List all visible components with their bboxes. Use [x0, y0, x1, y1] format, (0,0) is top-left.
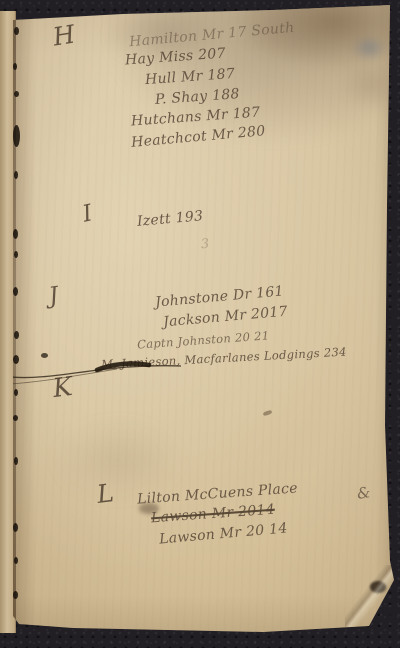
photo-background: H Hamilton Mr 17 South Hay Miss 207 Hull… [0, 0, 400, 648]
index-entry: Captn Johnston 20 21 [137, 328, 270, 351]
page-corner-fold [345, 565, 395, 627]
stain-right-edge [341, 57, 400, 111]
index-letter-h: H [51, 19, 77, 51]
binding-seam [13, 5, 16, 639]
binding-spot [13, 523, 18, 532]
faint-quote-mark [263, 410, 273, 417]
binding-spot [14, 331, 19, 339]
binding-spot [14, 27, 19, 35]
index-letter-i: I [80, 200, 94, 227]
binding-spot [14, 91, 19, 97]
index-letter-l: L [95, 478, 115, 509]
index-entry: Lawson Mr 20 14 [159, 520, 289, 547]
index-entry: Hull Mr 187 [145, 66, 236, 88]
stain-mid-faint [53, 420, 183, 500]
index-entry: Izett 193 [136, 208, 203, 230]
binding-spot [14, 251, 18, 258]
stain-blue-spot [351, 35, 387, 61]
binding-spot [14, 457, 18, 465]
faint-number-mark: 3 [200, 237, 210, 253]
binding-spot [14, 389, 18, 396]
binding-spot [13, 125, 20, 147]
binding-spot [13, 287, 18, 296]
index-letter-j: J [47, 282, 60, 309]
binding-spot [13, 415, 18, 421]
ink-smear-stroke [9, 351, 194, 387]
binding-spot [14, 171, 18, 179]
margin-flourish-mark: & [356, 483, 372, 503]
binding-spot [14, 557, 18, 564]
binding-spot [13, 63, 17, 70]
binding-spot [13, 591, 18, 599]
binding-spot [13, 229, 18, 239]
ledger-page: H Hamilton Mr 17 South Hay Miss 207 Hull… [13, 5, 394, 639]
index-entry: P. Shay 188 [155, 86, 241, 108]
